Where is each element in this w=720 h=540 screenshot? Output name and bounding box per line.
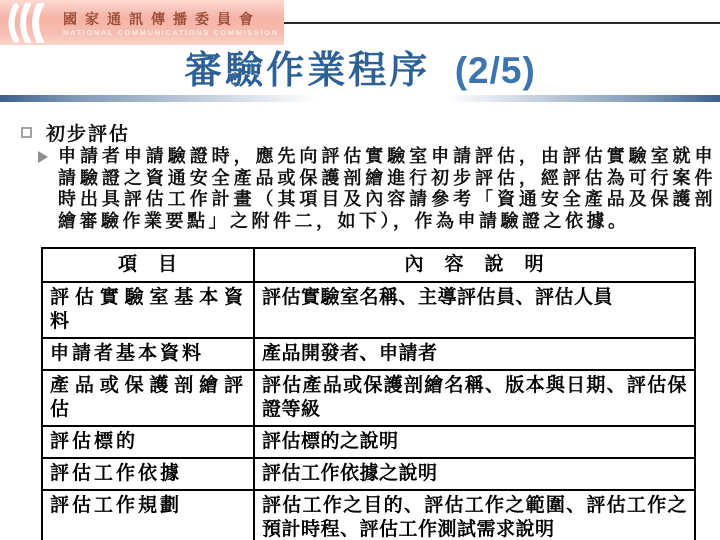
table-header-row: 項 目 內 容 說 明	[42, 248, 695, 282]
description-cell: 評估產品或保護剖繪名稱、版本與日期、評估保證等級	[254, 370, 695, 426]
description-cell: 評估標的之說明	[254, 426, 695, 458]
header-description: 內 容 說 明	[254, 248, 695, 282]
bullet-initial-assessment: 初步評估	[21, 119, 130, 146]
header-item: 項 目	[42, 248, 254, 282]
title-divider-bar	[0, 95, 720, 102]
slide-title-row: 審驗作業程序 (2/5)	[0, 50, 720, 100]
bullet-label: 初步評估	[46, 119, 130, 146]
item-cell: 產品或保護剖繪評估	[42, 370, 254, 426]
square-bullet-icon	[21, 127, 32, 138]
org-name-chinese: 國家通訊傳播委員會	[63, 10, 279, 28]
table-row: 評估實驗室基本資料評估實驗室名稱、主導評估員、評估人員	[42, 282, 695, 338]
item-cell: 評估工作規劃	[42, 490, 254, 540]
description-cell: 產品開發者、申請者	[254, 338, 695, 370]
table-row: 評估工作規劃評估工作之目的、評估工作之範圍、評估工作之預計時程、評估工作測試需求…	[42, 490, 695, 540]
table-row: 評估標的評估標的之說明	[42, 426, 695, 458]
sub-bullet-block: 申請者申請驗證時，應先向評估實驗室申請評估，由評估實驗室就申請驗證之資通安全產品…	[38, 146, 718, 232]
org-name-block: 國家通訊傳播委員會 NATIONAL COMMUNICATIONS COMMIS…	[63, 8, 279, 38]
org-name-english: NATIONAL COMMUNICATIONS COMMISSION	[63, 28, 279, 38]
ncc-header-banner: 國家通訊傳播委員會 NATIONAL COMMUNICATIONS COMMIS…	[0, 0, 284, 45]
page-indicator: (2/5)	[455, 50, 536, 91]
header-rule-line	[284, 22, 720, 24]
description-cell: 評估工作之目的、評估工作之範圍、評估工作之預計時程、評估工作測試需求說明	[254, 490, 695, 540]
assessment-plan-table: 項 目 內 容 說 明 評估實驗室基本資料評估實驗室名稱、主導評估員、評估人員申…	[41, 247, 696, 540]
table-row: 評估工作依據評估工作依據之說明	[42, 458, 695, 490]
ncc-wave-logo	[5, 3, 55, 43]
item-cell: 評估實驗室基本資料	[42, 282, 254, 338]
assessment-table-body: 評估實驗室基本資料評估實驗室名稱、主導評估員、評估人員申請者基本資料產品開發者、…	[42, 282, 695, 540]
arrowhead-bullet-icon	[38, 151, 48, 163]
sub-bullet-paragraph: 申請者申請驗證時，應先向評估實驗室申請評估，由評估實驗室就申請驗證之資通安全產品…	[58, 146, 716, 232]
item-cell: 評估工作依據	[42, 458, 254, 490]
description-cell: 評估實驗室名稱、主導評估員、評估人員	[254, 282, 695, 338]
item-cell: 評估標的	[42, 426, 254, 458]
description-cell: 評估工作依據之說明	[254, 458, 695, 490]
item-cell: 申請者基本資料	[42, 338, 254, 370]
page-title: 審驗作業程序	[184, 50, 430, 92]
table-row: 產品或保護剖繪評估評估產品或保護剖繪名稱、版本與日期、評估保證等級	[42, 370, 695, 426]
table-row: 申請者基本資料產品開發者、申請者	[42, 338, 695, 370]
